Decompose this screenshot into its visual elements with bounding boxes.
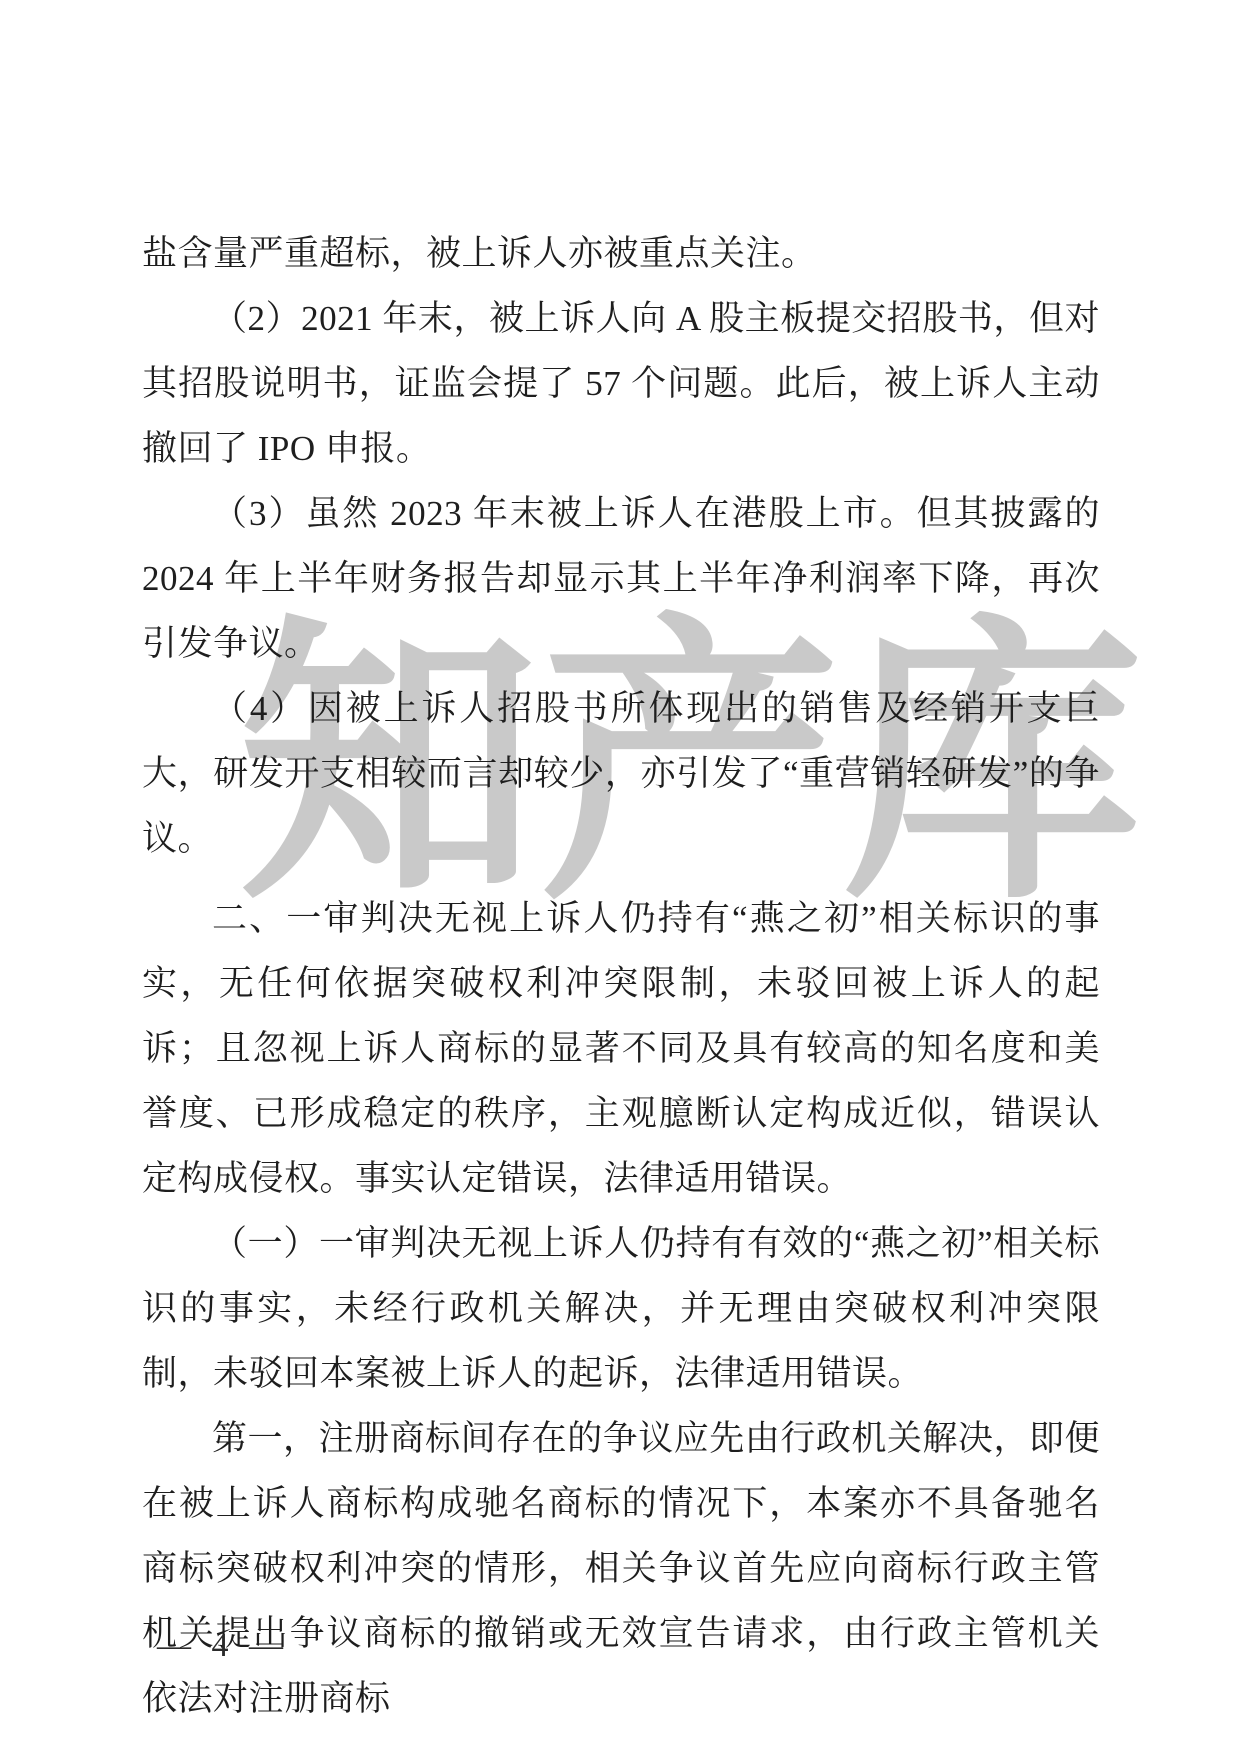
body-paragraph: （一）一审判决无视上诉人仍持有有效的“燕之初”相关标识的事实，未经行政机关解决，…: [142, 1211, 1100, 1406]
document-body: 盐含量严重超标，被上诉人亦被重点关注。 （2）2021 年末，被上诉人向 A 股…: [142, 221, 1100, 1731]
document-page: 知产库 盐含量严重超标，被上诉人亦被重点关注。 （2）2021 年末，被上诉人向…: [0, 0, 1240, 1753]
body-paragraph: 盐含量严重超标，被上诉人亦被重点关注。: [142, 221, 1100, 286]
body-paragraph: （4）因被上诉人招股书所体现出的销售及经销开支巨大，研发开支相较而言却较少，亦引…: [142, 676, 1100, 871]
body-paragraph: （2）2021 年末，被上诉人向 A 股主板提交招股书，但对其招股说明书，证监会…: [142, 286, 1100, 481]
body-paragraph-section-heading: 二、一审判决无视上诉人仍持有“燕之初”相关标识的事实，无任何依据突破权利冲突限制…: [142, 886, 1100, 1211]
page-number: — 4 —: [157, 1626, 289, 1666]
body-paragraph: （3）虽然 2023 年末被上诉人在港股上市。但其披露的 2024 年上半年财务…: [142, 481, 1100, 676]
body-paragraph: 第一，注册商标间存在的争议应先由行政机关解决，即便在被上诉人商标构成驰名商标的情…: [142, 1406, 1100, 1731]
